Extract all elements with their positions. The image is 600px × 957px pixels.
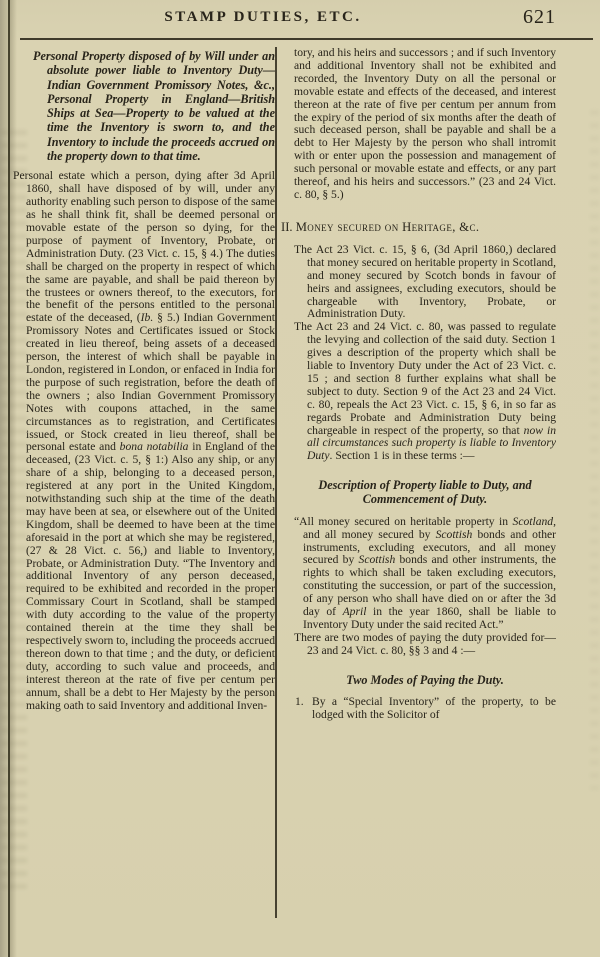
paragraph-section1-quote: “All money secured on heritable property…	[294, 516, 556, 632]
page-gutter	[0, 0, 8, 957]
text-columns: Personal Property disposed of by Will un…	[13, 47, 556, 951]
list-item-mode-1: 1.By a “Special Inventory” of the proper…	[294, 696, 556, 722]
left-column: Personal Property disposed of by Will un…	[13, 47, 275, 951]
section-number: II.	[281, 220, 293, 234]
bleedthrough-texture-right	[590, 110, 599, 790]
section-title: Money secured on Heritage, &c.	[296, 220, 480, 234]
header-rule	[20, 38, 593, 40]
section-heading-money-secured-on-heritage: II. Money secured on Heritage, &c.	[281, 220, 556, 235]
left-column-paragraph: Personal estate which a person, dying af…	[13, 170, 275, 712]
case-headnote: Personal Property disposed of by Will un…	[47, 49, 275, 163]
page-number: 621	[523, 6, 556, 29]
paragraph-act-23-24-vict: The Act 23 and 24 Vict. c. 80, was passe…	[294, 321, 556, 463]
continuation-paragraph: tory, and his heirs and successors ; and…	[294, 47, 556, 202]
list-item-text: By a “Special Inventory” of the property…	[312, 695, 556, 721]
running-title: STAMP DUTIES, ETC.	[20, 9, 506, 26]
paragraph-act-23-vict: The Act 23 Vict. c. 15, § 6, (3d April 1…	[294, 244, 556, 321]
page-header: STAMP DUTIES, ETC. 621	[20, 9, 576, 37]
heading-two-modes-of-paying: Two Modes of Paying the Duty.	[300, 673, 550, 687]
paragraph-two-modes: There are two modes of paying the duty p…	[294, 632, 556, 658]
book-page: STAMP DUTIES, ETC. 621 Personal Property…	[0, 0, 600, 957]
list-item-number: 1.	[295, 696, 304, 709]
heading-description-of-property: Description of Property liable to Duty, …	[300, 478, 550, 506]
right-column: tory, and his heirs and successors ; and…	[277, 47, 556, 951]
